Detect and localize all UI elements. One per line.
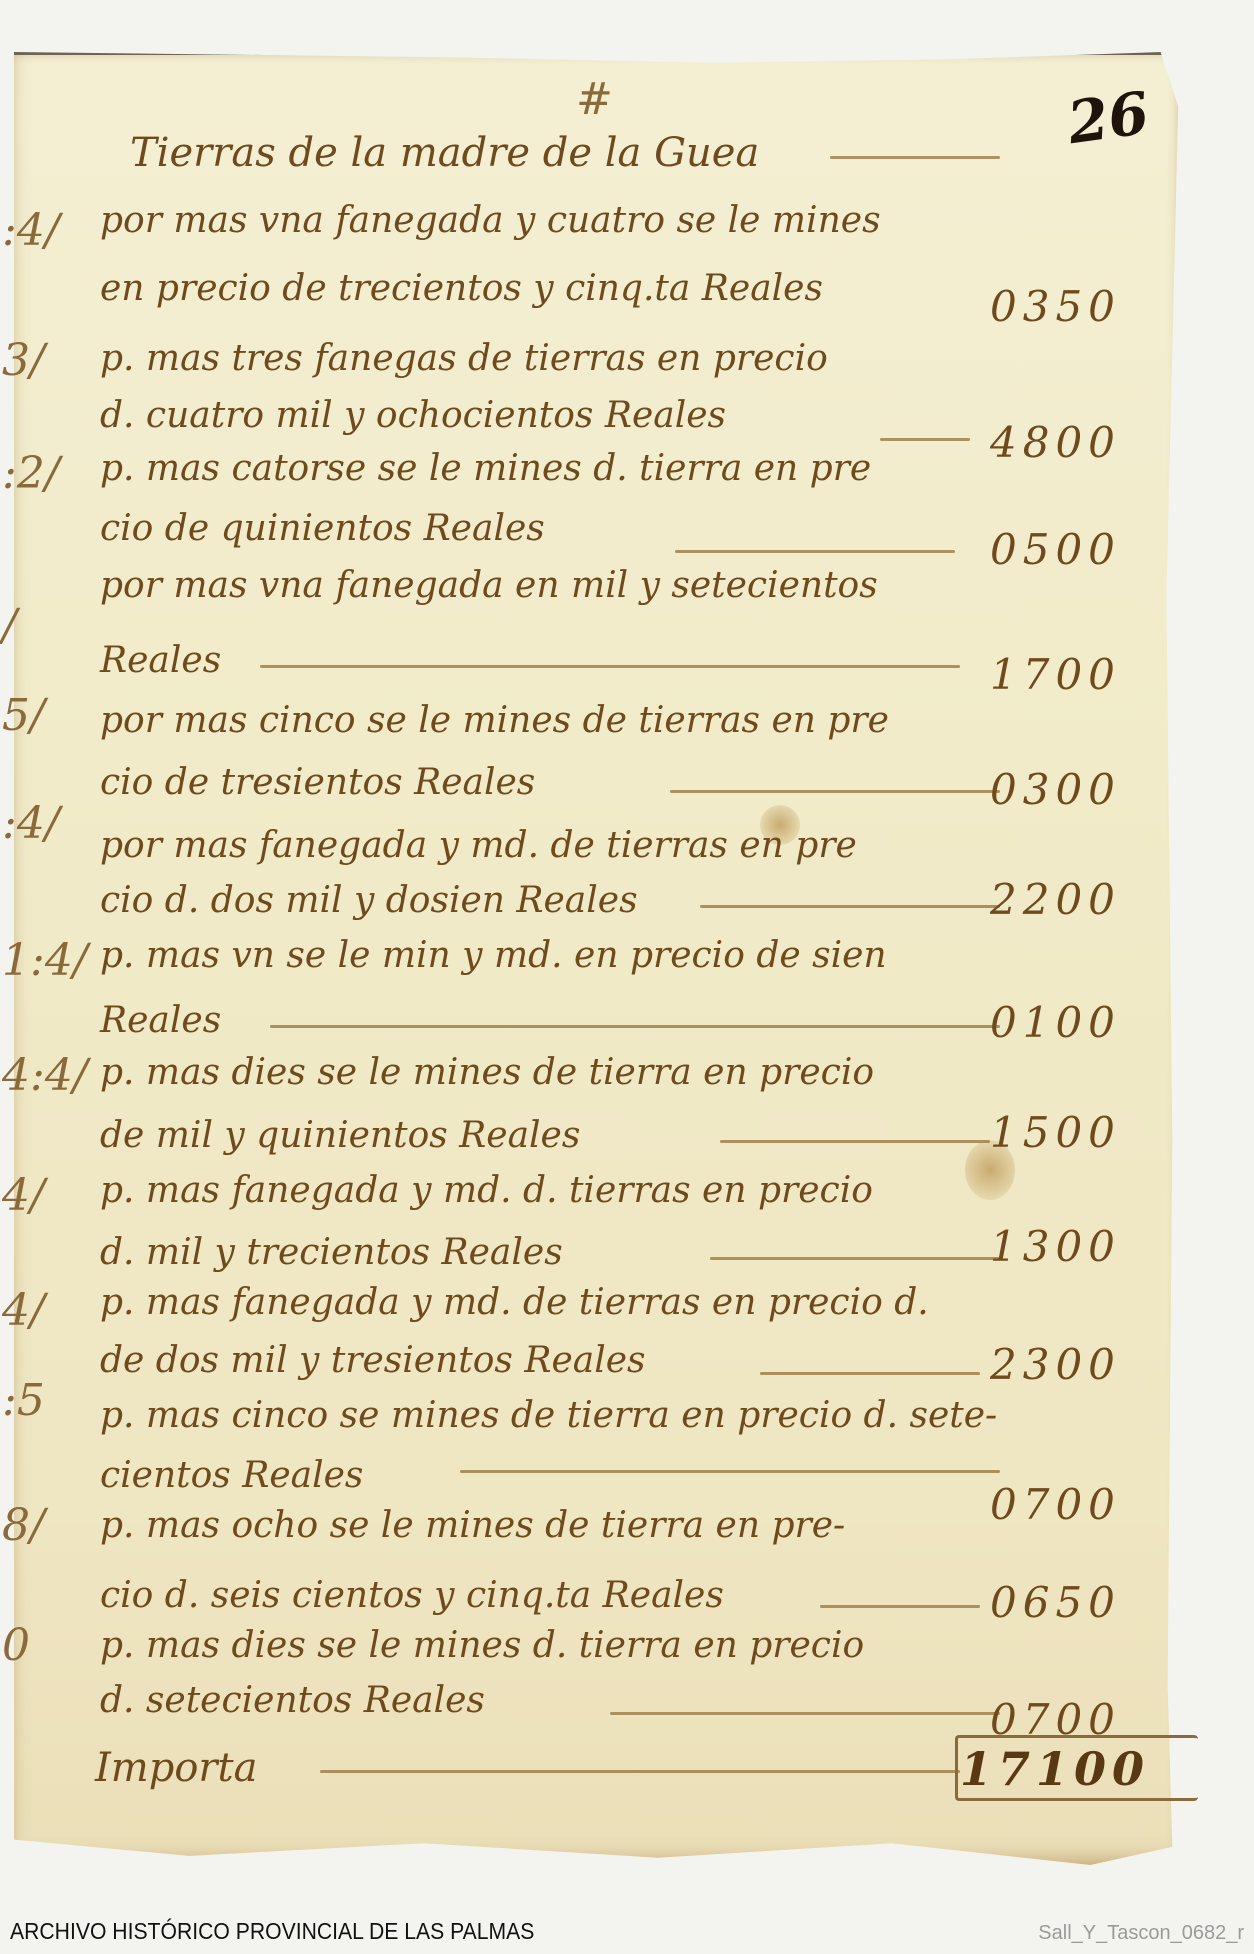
entry-line: cio de tresientos Reales xyxy=(100,762,535,803)
margin-note: / xyxy=(2,600,17,651)
document-title: Tierras de la madre de la Guea xyxy=(130,130,759,176)
entry-line: de dos mil y tresientos Reales xyxy=(100,1340,646,1381)
rule xyxy=(270,1025,1000,1028)
entry-line: de mil y quinientos Reales xyxy=(100,1115,580,1156)
rule xyxy=(760,1372,980,1375)
page-number: 26 xyxy=(1064,79,1153,158)
entry-amount: 0350 xyxy=(990,282,1121,331)
rule xyxy=(675,550,955,553)
archive-name: ARCHIVO HISTÓRICO PROVINCIAL DE LAS PALM… xyxy=(10,1918,534,1945)
margin-note: :4/ xyxy=(2,798,60,849)
entry-amount: 0500 xyxy=(990,525,1121,574)
entry-line: Reales xyxy=(100,1000,221,1041)
entry-line: p. mas ocho se le mines de tierra en pre… xyxy=(100,1505,845,1546)
entry-amount: 0100 xyxy=(990,998,1121,1047)
margin-note: 8/ xyxy=(2,1500,45,1551)
rule xyxy=(260,665,960,668)
folio-mark: # xyxy=(576,74,613,125)
entry-line: por mas vna fanegada y cuatro se le mine… xyxy=(100,200,881,241)
entry-amount: 2200 xyxy=(990,875,1121,924)
total-label: Importa xyxy=(95,1745,257,1791)
entry-amount: 1500 xyxy=(990,1108,1121,1157)
entry-line: p. mas vn se le min y md. en precio de s… xyxy=(100,935,887,976)
rule xyxy=(700,905,1000,908)
entry-line: por mas cinco se le mines de tierras en … xyxy=(100,700,889,741)
entry-line: p. mas dies se le mines de tierra en pre… xyxy=(100,1052,874,1093)
entry-line: cio d. dos mil y dosien Reales xyxy=(100,880,638,921)
rule xyxy=(880,438,970,441)
margin-note: 4/ xyxy=(2,1170,45,1221)
margin-note: 0 xyxy=(2,1620,30,1671)
document-reference: Sall_Y_Tascon_0682_r xyxy=(1038,1922,1244,1945)
entry-line: p. mas dies se le mines d. tierra en pre… xyxy=(100,1625,864,1666)
entry-amount: 4800 xyxy=(990,418,1121,467)
entry-amount: 1700 xyxy=(990,650,1121,699)
entry-amount: 1300 xyxy=(990,1222,1121,1271)
rule xyxy=(610,1712,1000,1715)
entry-line: p. mas tres fanegas de tierras en precio xyxy=(100,338,828,379)
margin-note: 1:4/ xyxy=(2,935,88,986)
entry-line: d. cuatro mil y ochocientos Reales xyxy=(100,395,726,436)
rule xyxy=(670,790,1000,793)
rule xyxy=(320,1770,960,1773)
entry-amount: 0650 xyxy=(990,1578,1121,1627)
entry-line: p. mas cinco se mines de tierra en preci… xyxy=(100,1395,997,1436)
entry-line: d. mil y trecientos Reales xyxy=(100,1232,563,1273)
rule xyxy=(720,1140,990,1143)
margin-note: 5/ xyxy=(2,690,45,741)
rule xyxy=(820,1605,980,1608)
margin-note: :4/ xyxy=(2,205,60,256)
entry-amount: 2300 xyxy=(990,1340,1121,1389)
entry-line: por mas vna fanegada en mil y seteciento… xyxy=(100,565,878,606)
margin-note: :2/ xyxy=(2,448,60,499)
entry-line: Reales xyxy=(100,640,221,681)
entry-line: p. mas fanegada y md. de tierras en prec… xyxy=(100,1282,929,1323)
entry-line: cio d. seis cientos y cinq.ta Reales xyxy=(100,1575,724,1616)
rule xyxy=(830,156,1000,159)
margin-note: :5 xyxy=(2,1375,45,1426)
entry-amount: 0300 xyxy=(990,765,1121,814)
rule xyxy=(460,1470,1000,1473)
entry-line: p. mas fanegada y md. d. tierras en prec… xyxy=(100,1170,873,1211)
rule xyxy=(710,1257,1000,1260)
margin-note: 3/ xyxy=(2,335,45,386)
margin-note: 4:4/ xyxy=(2,1050,88,1101)
margin-note: 4/ xyxy=(2,1285,45,1336)
total-amount: 17100 xyxy=(960,1742,1150,1796)
entry-line: cio de quinientos Reales xyxy=(100,508,545,549)
entry-amount: 0700 xyxy=(990,1480,1121,1529)
entry-line: d. setecientos Reales xyxy=(100,1680,485,1721)
entry-line: en precio de trecientos y cinq.ta Reales xyxy=(100,268,823,309)
entry-line: por mas fanegada y md. de tierras en pre xyxy=(100,825,857,866)
entry-line: cientos Reales xyxy=(100,1455,363,1496)
entry-line: p. mas catorse se le mines d. tierra en … xyxy=(100,448,871,489)
